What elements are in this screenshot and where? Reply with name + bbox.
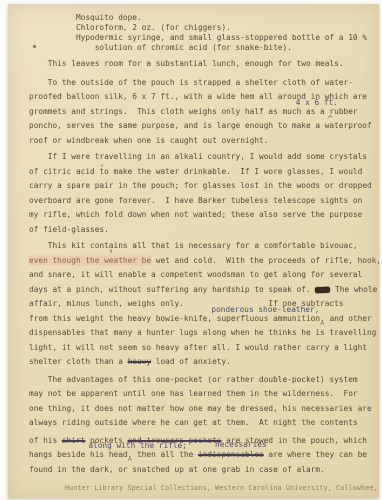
text-run: days at a pinch, without suffering any h… — [29, 285, 315, 294]
typewritten-line: hangs besidealong with the rifle; his he… — [29, 448, 379, 463]
typewritten-line: light, it will not seem so heavy after a… — [29, 341, 379, 356]
text-run: The advantages of this one-pocket (or ra… — [29, 375, 358, 384]
struck-out-text: indispensables — [198, 450, 264, 459]
block-para-kit-weight: This kit contains all that is necessary … — [29, 239, 379, 370]
text-run: This leaves room for a substantial lunch… — [29, 59, 344, 68]
text-run: poncho, serves the same purpose, and is … — [29, 121, 372, 130]
typewritten-line: overboard are gone forever. I have Barke… — [29, 194, 379, 209]
ink-blot — [315, 286, 330, 293]
typewritten-line: This leaves room for a substantial lunch… — [29, 57, 379, 72]
block-para-lunch-note: This leaves room for a substantial lunch… — [29, 57, 379, 72]
text-run: ammunition, — [268, 314, 324, 323]
typewritten-line: of citric acid to make the water drinkab… — [29, 165, 379, 180]
text-run: and snare, it will enable a competent wo… — [29, 270, 362, 279]
typewritten-line: shelter cloth than a heavy load of anxie… — [29, 355, 379, 370]
typewritten-line: found in the dark, or snatched up at one… — [29, 463, 379, 478]
faded-overtyped-text: even though the weather be — [29, 256, 151, 265]
text-run: Chloroform, 2 oz. (for chiggers). — [29, 23, 231, 32]
scanned-document: Mosquito dope. Chloroform, 2 oz. (for ch… — [0, 0, 382, 500]
typewritten-line: my rifle, which fold down when not wante… — [29, 208, 379, 223]
typewritten-line: days at a pinch, without suffering any h… — [29, 283, 379, 298]
text-run: from this weight the heavy bowie-knife, … — [29, 314, 268, 323]
paper-page: Mosquito dope. Chloroform, 2 oz. (for ch… — [8, 4, 379, 498]
typed-insertion: necessaries — [215, 441, 267, 449]
typewritten-line: If I were travelling in an alkali countr… — [29, 150, 379, 165]
text-run: grommets and strings. This cloth weighs … — [29, 107, 325, 116]
typewritten-line: poncho, serves the same purpose, and is … — [29, 119, 379, 134]
typewritten-line: from this weight the heavy bowie-knife, … — [29, 312, 379, 327]
block-para-alkali-glasses: If I were travelling in an alkali countr… — [29, 150, 379, 237]
typewritten-line: one thing, it does not matter how one ma… — [29, 402, 379, 417]
text-run: of citric acid to make the water drinkab… — [29, 167, 362, 176]
typewritten-line: and snare, it will enable a competent wo… — [29, 268, 379, 283]
text-run: and other — [325, 314, 372, 323]
typewritten-line: may not be apparent until one has learne… — [29, 387, 379, 402]
typewritten-line: Hypodermic syringe, and small glass-stop… — [29, 33, 379, 43]
typewritten-line: The advantages of this one-pocket (or ra… — [29, 373, 379, 388]
typewritten-line: grommets and strings. This cloth weighs … — [29, 105, 379, 120]
typewritten-line: Mosquito dope. — [29, 13, 379, 23]
typed-insertion: along with the rifle; — [88, 442, 187, 450]
text-run: hangs beside — [29, 450, 85, 459]
scan-speck — [110, 249, 112, 253]
caret-mark: ^ — [328, 116, 333, 122]
archive-footer-label: Hunter Library Special Collections, West… — [65, 484, 382, 492]
text-run: carry a spare pair in the pouch; for gla… — [29, 181, 372, 190]
text-run: If I were travelling in an alkali countr… — [29, 152, 367, 161]
text-run: To the outside of the pouch is strapped … — [29, 78, 353, 87]
typewritten-line: Chloroform, 2 oz. (for chiggers). — [29, 23, 379, 33]
text-run: one thing, it does not matter how one ma… — [29, 404, 372, 413]
scan-speck — [101, 164, 103, 167]
typewritten-line: To the outside of the pouch is strapped … — [29, 76, 379, 91]
typed-insertion: 4 x 6 ft. — [296, 99, 338, 107]
text-run: are where they can be — [264, 450, 367, 459]
caret-mark: ^ — [127, 459, 132, 465]
text-run: load of anxiety. — [151, 357, 231, 366]
struck-out-text: shirt — [62, 436, 85, 445]
text-run: This kit contains all that is necessary … — [29, 241, 358, 250]
text-run: overboard are gone forever. I have Barke… — [29, 196, 362, 205]
scan-speck — [33, 45, 36, 48]
text-run: roof or windbreak when one is caught out… — [29, 136, 268, 145]
typewritten-line: carry a spare pair in the pouch; for gla… — [29, 179, 379, 194]
text-run: of his — [29, 436, 62, 445]
typewritten-line: solution of chromic acid (for snake-bite… — [29, 43, 379, 53]
typewritten-line: This kit contains all that is necessary … — [29, 239, 379, 254]
text-run: solution of chromic acid (for snake-bite… — [29, 43, 292, 52]
typewritten-line: roof or windbreak when one is caught out… — [29, 134, 379, 149]
typewritten-line: dispensables that many a hunter lugs alo… — [29, 326, 379, 341]
corrected-text: ponderous shoe-leather, ammunition,^ — [268, 314, 324, 323]
block-supply-list: Mosquito dope. Chloroform, 2 oz. (for ch… — [29, 13, 379, 53]
struck-out-text: heavy — [128, 357, 151, 366]
typed-insertion: ponderous shoe-leather, — [211, 306, 319, 314]
text-run: may not be apparent until one has learne… — [29, 389, 358, 398]
typewritten-line: of his shirt pockets and trousers pocket… — [29, 434, 379, 449]
text-run: his head, — [85, 450, 132, 459]
typewritten-line: even though the weather be wet and cold.… — [29, 254, 379, 269]
caret-mark: ^ — [320, 323, 325, 329]
text-run: light, it will not seem so heavy after a… — [29, 343, 367, 352]
typewritten-line: always riding outside where he can get a… — [29, 416, 379, 431]
text-run: Hypodermic syringe, and small glass-stop… — [29, 33, 367, 42]
corrected-text: 4 x 6 ft. rubber^ — [325, 107, 358, 116]
corrected-text: along with the rifle; his head,^ — [85, 450, 132, 459]
text-run: found in the dark, or snatched up at one… — [29, 465, 325, 474]
text-run: of field-glasses. — [29, 225, 109, 234]
text-run: The whole — [330, 285, 377, 294]
text-run: shelter cloth than a — [29, 357, 128, 366]
typewritten-line: of field-glasses. — [29, 223, 379, 238]
corrected-text: necessariesindispensables — [198, 450, 264, 459]
text-run: Mosquito dope. — [29, 13, 142, 22]
text-run: my rifle, which fold down when not wante… — [29, 210, 362, 219]
typewritten-text: Mosquito dope. Chloroform, 2 oz. (for ch… — [29, 13, 379, 477]
typewritten-line: affair, minus lunch, weighs only. If one… — [29, 297, 379, 312]
block-para-shelter-cloth: To the outside of the pouch is strapped … — [29, 76, 379, 149]
text-run: wet and cold. With the proceeds of rifle… — [151, 256, 381, 265]
text-run: always riding outside where he can get a… — [29, 418, 358, 427]
text-run: then all the — [132, 450, 198, 459]
block-para-pocket-advantages: The advantages of this one-pocket (or ra… — [29, 373, 379, 478]
